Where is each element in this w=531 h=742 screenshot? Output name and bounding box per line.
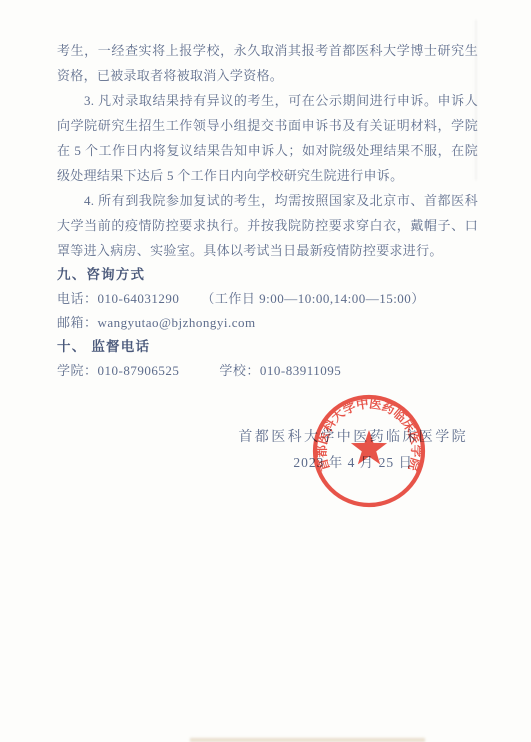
college-phone-label: 学院： xyxy=(57,363,98,378)
email-address: wangyutao@bjzhongyi.com xyxy=(98,315,256,330)
email-line: 邮箱：wangyutao@bjzhongyi.com xyxy=(57,311,478,335)
section-10-heading: 十、 监督电话 xyxy=(57,335,478,359)
document-body: 考生，一经查实将上报学校，永久取消其报考首都医科大学博士研究生资格，已被录取者将… xyxy=(57,38,478,474)
signature-organization: 首都医科大学中医药临床医学院 xyxy=(238,428,468,448)
college-phone-number: 010-87906525 xyxy=(98,363,180,378)
school-phone-number: 010-83911095 xyxy=(260,363,341,378)
phone-label: 电话： xyxy=(57,291,98,306)
signature-date: 2023 年 4 月 25 日 xyxy=(238,452,468,474)
phone-hours: （工作日 9:00—10:00,14:00—15:00） xyxy=(201,291,424,306)
scanned-document-page: 考生，一经查实将上报学校，永久取消其报考首都医科大学博士研究生资格，已被录取者将… xyxy=(0,0,531,742)
email-label: 邮箱： xyxy=(57,315,98,330)
school-phone-label: 学校： xyxy=(219,363,260,378)
signature-block: 首都医科大学中医药临床医学院 2023 年 4 月 25 日 xyxy=(238,428,468,474)
paragraph-4: 4. 所有到我院参加复试的考生，均需按照国家及北京市、首都医科大学当前的疫情防控… xyxy=(57,188,478,263)
scan-bottom-artifact xyxy=(190,738,425,742)
phone-line: 电话：010-64031290（工作日 9:00—10:00,14:00—15:… xyxy=(57,287,478,311)
paragraph-continuation: 考生，一经查实将上报学校，永久取消其报考首都医科大学博士研究生资格，已被录取者将… xyxy=(57,38,478,88)
section-9-heading: 九、咨询方式 xyxy=(57,263,478,287)
supervision-phones-line: 学院：010-87906525学校：010-83911095 xyxy=(57,359,478,383)
scan-edge-artifact xyxy=(475,20,477,180)
paragraph-3: 3. 凡对录取结果持有异议的考生，可在公示期间进行申诉。申诉人向学院研究生招生工… xyxy=(57,88,478,188)
phone-number: 010-64031290 xyxy=(98,291,180,306)
